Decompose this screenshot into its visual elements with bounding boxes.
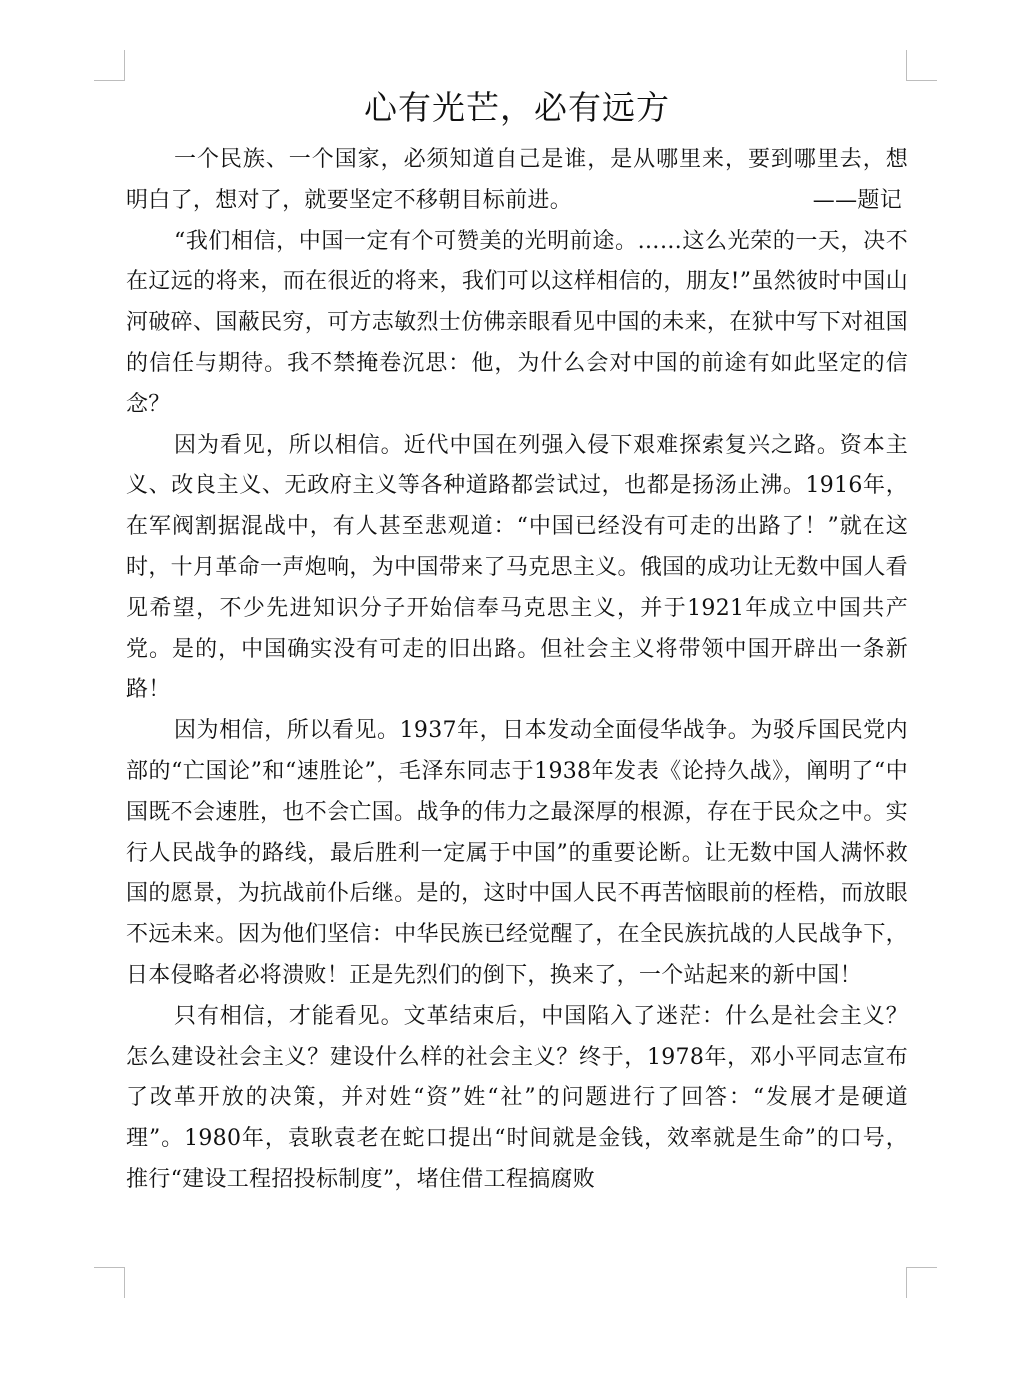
document-page: 心有光芒，必有远方 一个民族、一个国家，必须知道自己是谁，是从哪里来，要到哪里去…	[126, 84, 908, 1201]
page-corner-mark-bottom-left	[94, 1267, 125, 1298]
page-corner-mark-top-left	[94, 50, 125, 81]
paragraph-1: “我们相信，中国一定有个可赞美的光明前途。……这么光荣的一天，决不在辽远的将来，…	[126, 222, 908, 426]
epigraph-signature: ——题记	[765, 181, 902, 222]
page-corner-mark-top-right	[906, 50, 937, 81]
epigraph: 一个民族、一个国家，必须知道自己是谁，是从哪里来，要到哪里去，想明白了，想对了，…	[126, 140, 908, 222]
paragraph-3: 因为相信，所以看见。1937年，日本发动全面侵华战争。为驳斥国民党内部的“亡国论…	[126, 711, 908, 997]
paragraph-2: 因为看见，所以相信。近代中国在列强入侵下艰难探索复兴之路。资本主义、改良主义、无…	[126, 426, 908, 712]
document-title: 心有光芒，必有远方	[126, 84, 908, 132]
paragraph-4: 只有相信，才能看见。文革结束后，中国陷入了迷茫：什么是社会主义？怎么建设社会主义…	[126, 997, 908, 1201]
page-corner-mark-bottom-right	[906, 1267, 937, 1298]
